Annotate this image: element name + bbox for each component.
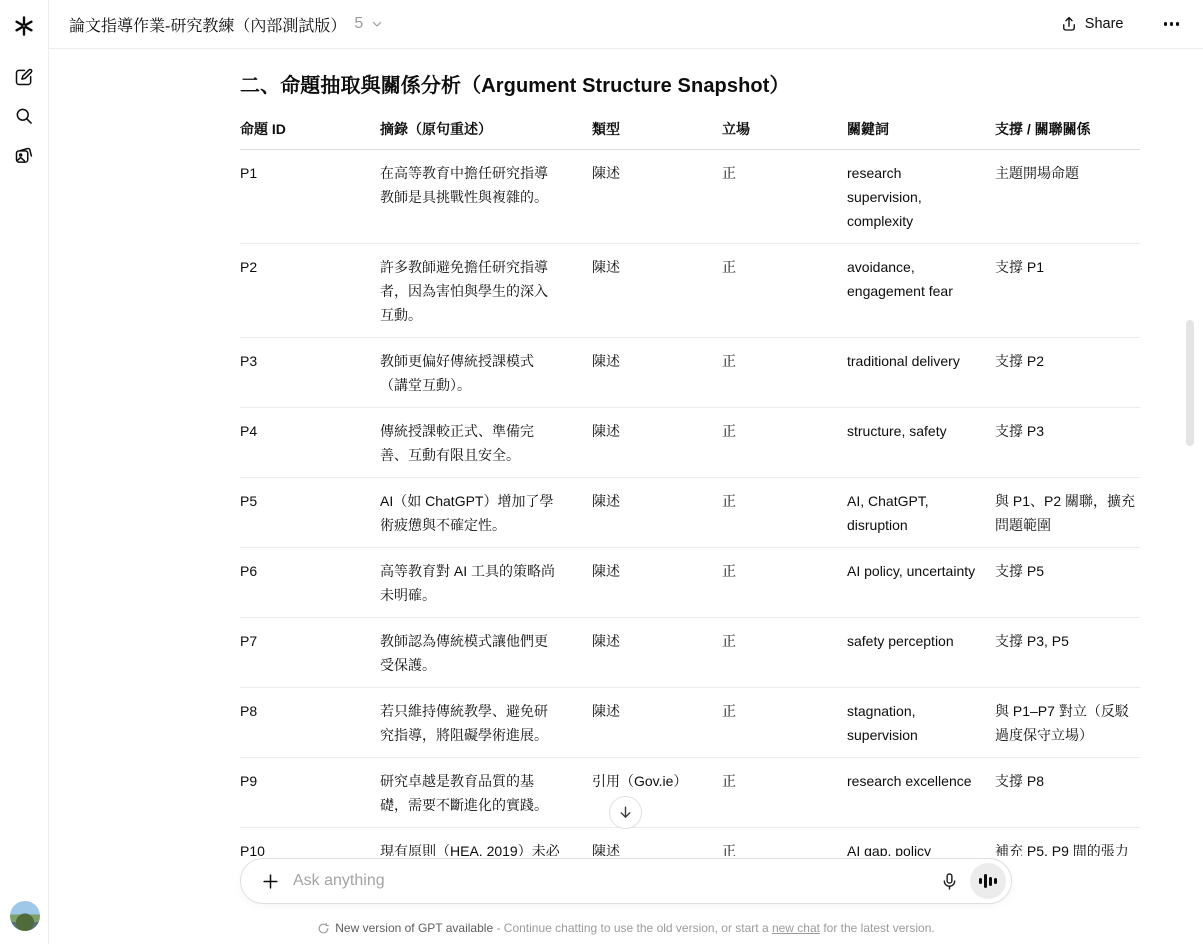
cell-type: 陳述 bbox=[592, 150, 722, 244]
refresh-icon bbox=[317, 922, 330, 935]
cell-keywords: AI policy, uncertainty bbox=[847, 548, 995, 618]
cell-keywords: research excellence bbox=[847, 758, 995, 828]
cell-relation: 支撐 P3 bbox=[995, 408, 1140, 478]
new-chat-icon[interactable] bbox=[13, 66, 35, 88]
share-label: Share bbox=[1085, 16, 1124, 32]
cell-excerpt: AI（如 ChatGPT）增加了學術疲憊與不確定性。 bbox=[380, 478, 592, 548]
cell-relation: 支撐 P1 bbox=[995, 244, 1140, 338]
gpt-title: 論文指導作業-研究教練（內部測試版） bbox=[69, 13, 346, 36]
user-avatar[interactable] bbox=[10, 901, 40, 931]
argument-table: 命題 ID 摘錄（原句重述） 類型 立場 關鍵詞 支撐 / 關聯關係 P1在高等… bbox=[240, 110, 1140, 898]
cell-excerpt: 在高等教育中擔任研究指導教師是具挑戰性與複雜的。 bbox=[380, 150, 592, 244]
col-stance: 立場 bbox=[722, 110, 847, 150]
table-row: P8若只維持傳統教學、避免研究指導，將阻礙學術進展。陳述正stagnation,… bbox=[240, 688, 1140, 758]
cell-relation: 支撐 P8 bbox=[995, 758, 1140, 828]
microphone-icon[interactable] bbox=[932, 864, 966, 898]
new-chat-link[interactable]: new chat bbox=[772, 921, 820, 935]
attach-plus-icon[interactable] bbox=[255, 866, 285, 896]
cell-relation: 支撐 P3, P5 bbox=[995, 618, 1140, 688]
cell-stance: 正 bbox=[722, 688, 847, 758]
cell-id: P1 bbox=[240, 150, 380, 244]
table-row: P1在高等教育中擔任研究指導教師是具挑戰性與複雜的。陳述正research su… bbox=[240, 150, 1140, 244]
cell-type: 陳述 bbox=[592, 478, 722, 548]
composer bbox=[240, 858, 1012, 904]
cell-id: P2 bbox=[240, 244, 380, 338]
cell-excerpt: 傳統授課較正式、準備完善、互動有限且安全。 bbox=[380, 408, 592, 478]
table-row: P3教師更偏好傳統授課模式（講堂互動）。陳述正traditional deliv… bbox=[240, 338, 1140, 408]
cell-keywords: safety perception bbox=[847, 618, 995, 688]
cell-keywords: research supervision, complexity bbox=[847, 150, 995, 244]
cell-excerpt: 教師更偏好傳統授課模式（講堂互動）。 bbox=[380, 338, 592, 408]
more-options-icon[interactable] bbox=[1160, 16, 1184, 32]
table-row: P2許多教師避免擔任研究指導者，因為害怕與學生的深入互動。陳述正avoidanc… bbox=[240, 244, 1140, 338]
cell-id: P7 bbox=[240, 618, 380, 688]
cell-excerpt: 高等教育對 AI 工具的策略尚未明確。 bbox=[380, 548, 592, 618]
chevron-down-icon bbox=[371, 18, 383, 30]
cell-id: P8 bbox=[240, 688, 380, 758]
col-type: 類型 bbox=[592, 110, 722, 150]
notice-strong: New version of GPT available bbox=[335, 921, 493, 935]
cell-type: 陳述 bbox=[592, 618, 722, 688]
search-icon[interactable] bbox=[13, 105, 35, 127]
cell-excerpt: 研究卓越是教育品質的基礎，需要不斷進化的實踐。 bbox=[380, 758, 592, 828]
cell-relation: 與 P1–P7 對立（反駁過度保守立場） bbox=[995, 688, 1140, 758]
library-icon[interactable] bbox=[13, 144, 35, 166]
col-relation: 支撐 / 關聯關係 bbox=[995, 110, 1140, 150]
version-notice: New version of GPT available - Continue … bbox=[49, 912, 1203, 944]
cell-stance: 正 bbox=[722, 408, 847, 478]
chatgpt-window: 論文指導作業-研究教練（內部測試版） 5 Share 二、命題抽取與關係分析（A… bbox=[0, 0, 1203, 944]
cell-id: P4 bbox=[240, 408, 380, 478]
cell-keywords: stagnation, supervision bbox=[847, 688, 995, 758]
cell-stance: 正 bbox=[722, 244, 847, 338]
cell-stance: 正 bbox=[722, 150, 847, 244]
openai-logo-icon[interactable] bbox=[10, 12, 38, 40]
table-row: P5AI（如 ChatGPT）增加了學術疲憊與不確定性。陳述正AI, ChatG… bbox=[240, 478, 1140, 548]
table-header: 命題 ID 摘錄（原句重述） 類型 立場 關鍵詞 支撐 / 關聯關係 bbox=[240, 110, 1140, 150]
cell-id: P3 bbox=[240, 338, 380, 408]
sidebar bbox=[0, 0, 49, 944]
gpt-title-dropdown[interactable]: 論文指導作業-研究教練（內部測試版） 5 bbox=[69, 13, 383, 36]
notice-tail: for the latest version. bbox=[820, 921, 935, 935]
cell-keywords: avoidance, engagement fear bbox=[847, 244, 995, 338]
table-row: P6高等教育對 AI 工具的策略尚未明確。陳述正AI policy, uncer… bbox=[240, 548, 1140, 618]
cell-stance: 正 bbox=[722, 758, 847, 828]
cell-type: 陳述 bbox=[592, 408, 722, 478]
cell-relation: 支撐 P5 bbox=[995, 548, 1140, 618]
table-row: P7教師認為傳統模式讓他們更受保護。陳述正safety perception支撐… bbox=[240, 618, 1140, 688]
cell-relation: 與 P1、P2 關聯，擴充問題範圍 bbox=[995, 478, 1140, 548]
cell-keywords: structure, safety bbox=[847, 408, 995, 478]
cell-keywords: AI, ChatGPT, disruption bbox=[847, 478, 995, 548]
cell-stance: 正 bbox=[722, 478, 847, 548]
notice-body: Continue chatting to use the old version… bbox=[504, 921, 772, 935]
share-icon bbox=[1060, 15, 1078, 33]
cell-keywords: traditional delivery bbox=[847, 338, 995, 408]
assistant-message: 二、命題抽取與關係分析（Argument Structure Snapshot）… bbox=[240, 72, 1140, 898]
cell-excerpt: 許多教師避免擔任研究指導者，因為害怕與學生的深入互動。 bbox=[380, 244, 592, 338]
notice-sep: - bbox=[493, 921, 504, 935]
cell-excerpt: 教師認為傳統模式讓他們更受保護。 bbox=[380, 618, 592, 688]
col-id: 命題 ID bbox=[240, 110, 380, 150]
share-button[interactable]: Share bbox=[1050, 9, 1134, 39]
col-keywords: 關鍵詞 bbox=[847, 110, 995, 150]
arrow-down-icon bbox=[617, 804, 634, 821]
cell-id: P9 bbox=[240, 758, 380, 828]
cell-relation: 支撐 P2 bbox=[995, 338, 1140, 408]
cell-stance: 正 bbox=[722, 338, 847, 408]
voice-mode-icon[interactable] bbox=[970, 863, 1006, 899]
scroll-to-bottom-button[interactable] bbox=[609, 796, 642, 829]
cell-type: 陳述 bbox=[592, 244, 722, 338]
col-excerpt: 摘錄（原句重述） bbox=[380, 110, 592, 150]
table-row: P9研究卓越是教育品質的基礎，需要不斷進化的實踐。引用（Gov.ie）正rese… bbox=[240, 758, 1140, 828]
cell-type: 陳述 bbox=[592, 548, 722, 618]
section-title: 二、命題抽取與關係分析（Argument Structure Snapshot） bbox=[240, 72, 1140, 100]
table-row: P4傳統授課較正式、準備完善、互動有限且安全。陳述正structure, saf… bbox=[240, 408, 1140, 478]
cell-type: 陳述 bbox=[592, 688, 722, 758]
cell-id: P5 bbox=[240, 478, 380, 548]
cell-stance: 正 bbox=[722, 548, 847, 618]
cell-excerpt: 若只維持傳統教學、避免研究指導，將阻礙學術進展。 bbox=[380, 688, 592, 758]
topbar: 論文指導作業-研究教練（內部測試版） 5 Share bbox=[49, 0, 1203, 49]
cell-id: P6 bbox=[240, 548, 380, 618]
table-body: P1在高等教育中擔任研究指導教師是具挑戰性與複雜的。陳述正research su… bbox=[240, 150, 1140, 898]
cell-type: 陳述 bbox=[592, 338, 722, 408]
cell-stance: 正 bbox=[722, 618, 847, 688]
scrollbar-thumb[interactable] bbox=[1186, 320, 1194, 446]
message-input[interactable] bbox=[293, 872, 932, 890]
cell-relation: 主題開場命題 bbox=[995, 150, 1140, 244]
gpt-version: 5 bbox=[354, 15, 363, 33]
